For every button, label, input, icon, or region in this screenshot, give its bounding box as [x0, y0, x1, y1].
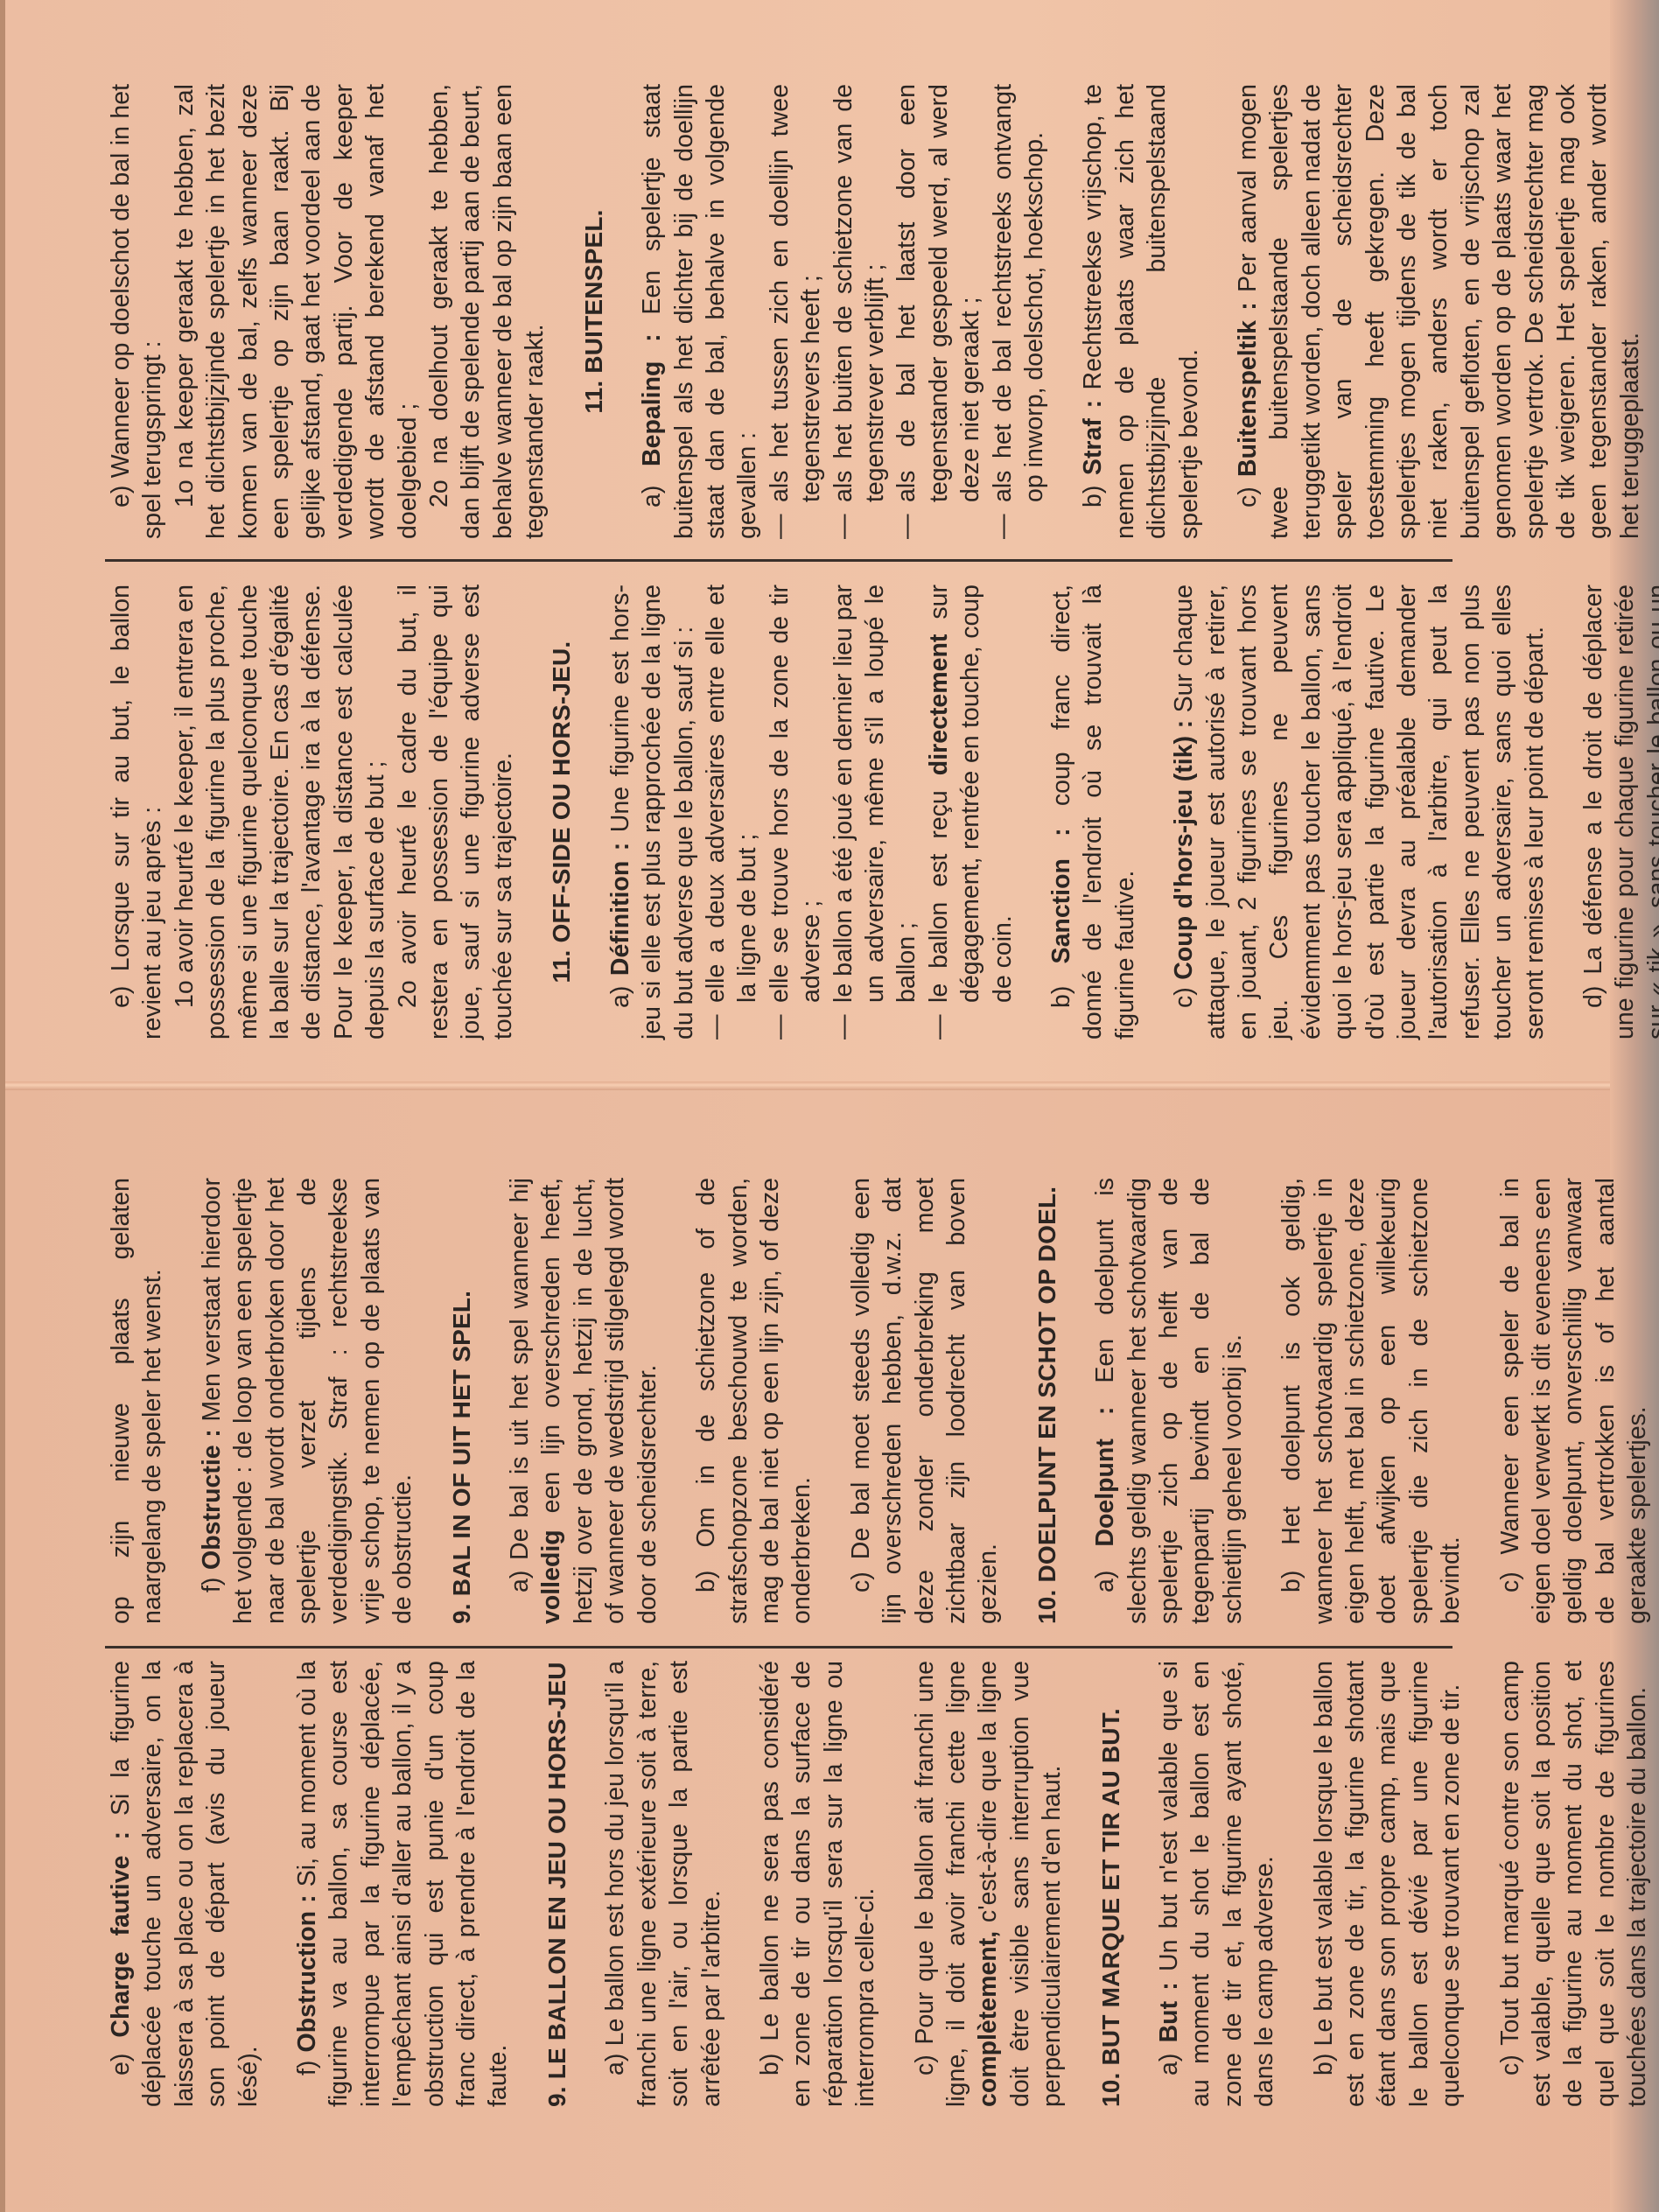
- paragraph-9b-nl: b) Om in de schietzone of de strafschopz…: [690, 1178, 818, 1624]
- page-top-edge: [0, 0, 5, 2212]
- paragraph-10c-nl: c) Wanneer een speler de bal in eigen do…: [1494, 1178, 1654, 1624]
- list-item: als het tussen zich en doellijn twee teg…: [764, 84, 828, 539]
- section-heading-9-nl: 9. BAL IN OF UIT HET SPEL.: [446, 1178, 478, 1624]
- list-item: elle se trouve hors de la zone de tir ad…: [764, 584, 828, 1039]
- paragraph-11c-fr: c) Coup d'hors-jeu (tik) : Sur chaque at…: [1168, 584, 1550, 1039]
- paragraph-9c-nl: c) De bal moet steeds volledig een lijn …: [845, 1178, 1004, 1624]
- page-gutter: [0, 1081, 1659, 1090]
- section-heading-10-fr: 10. BUT MARQUE ET TIR AU BUT.: [1095, 1661, 1127, 2107]
- paragraph-e-intro-nl: e) Wanneer op doelschot de bal in het sp…: [105, 84, 169, 539]
- paragraph-11b-fr: b) Sanction : coup franc direct, donné d…: [1046, 584, 1141, 1039]
- paragraph-charge-fautive: e) Charge fautive : Si la figurine dépla…: [105, 1661, 264, 2107]
- paragraph-10a-nl: a) Doelpunt : Een doelpunt is slechts ge…: [1089, 1178, 1249, 1624]
- right-page-french-column: e) Lorsque sur tir au but, le ballon rev…: [105, 584, 1487, 1039]
- column-divider-right-page: [105, 559, 1452, 562]
- list-item: elle a deux adversaires entre elle et la…: [700, 584, 764, 1039]
- paragraph-9a-nl: a) De bal is uit het spel wanneer hij vo…: [504, 1178, 663, 1624]
- left-page-dutch-column: op zijn nieuwe plaats gelaten naargelang…: [105, 1178, 1487, 1624]
- list-item: als het buiten de schietzone van de tege…: [828, 84, 892, 539]
- list-item: le ballon a été joué en dernier lieu par…: [828, 584, 923, 1039]
- paragraph-11b-nl: b) Straf : Rechtstreekse vrijschop, te n…: [1077, 84, 1205, 539]
- paragraph-e1-fr: 1o avoir heurté le keeper, il entrera en…: [169, 584, 392, 1039]
- list-item: le ballon est reçu directement sur dégag…: [923, 584, 1018, 1039]
- section-heading-10-nl: 10. DOELPUNT EN SCHOT OP DOEL.: [1032, 1178, 1063, 1624]
- offside-exceptions-list-fr: elle a deux adversaires entre elle et la…: [700, 584, 1018, 1039]
- right-page-dutch-column: e) Wanneer op doelschot de bal in het sp…: [105, 84, 1487, 539]
- paragraph-10b-fr: b) Le but est valable lorsque le ballon …: [1308, 1661, 1467, 2107]
- paragraph-obstruction: f) Obstruction : Si, au moment où la fig…: [291, 1661, 514, 2107]
- paragraph-11d-fr: d) La défense a le droit de déplacer une…: [1578, 584, 1659, 1039]
- paragraph-10a-fr: a) But : Un but n'est valable que si au …: [1153, 1661, 1281, 2107]
- paragraph-e2-fr: 2o avoir heurté le cadre du but, il rest…: [392, 584, 520, 1039]
- paragraph-11a-nl: a) Bepaling : Een spelertje staat buiten…: [636, 84, 764, 539]
- section-heading-11-nl: 11. BUITENSPEL.: [578, 84, 610, 539]
- paragraph-continued-nl: op zijn nieuwe plaats gelaten naargelang…: [105, 1178, 169, 1624]
- list-item: als de bal het laatst door een tegenstan…: [891, 84, 986, 539]
- paragraph-9a-fr: a) Le ballon est hors du jeu lorsqu'il a…: [599, 1661, 727, 2107]
- paragraph-e-intro-fr: e) Lorsque sur tir au but, le ballon rev…: [105, 584, 169, 1039]
- paragraph-e1-nl: 1o na keeper geraakt te hebben, zal het …: [169, 84, 423, 539]
- paragraph-11c-nl: c) Buitenspeltik : Per aanval mogen twee…: [1232, 84, 1646, 539]
- paragraph-10b-nl: b) Het doelpunt is ook geldig, wanneer h…: [1276, 1178, 1466, 1624]
- section-heading-9-fr: 9. LE BALLON EN JEU OU HORS-JEU: [542, 1661, 573, 2107]
- left-page-french-column: e) Charge fautive : Si la figurine dépla…: [105, 1661, 1487, 2107]
- booklet-spread: e) Charge fautive : Si la figurine dépla…: [0, 0, 1659, 2212]
- buitenspel-exceptions-list-nl: als het tussen zich en doellijn twee teg…: [764, 84, 1051, 539]
- section-heading-11-fr: 11. OFF-SIDE OU HORS-JEU.: [546, 584, 577, 1039]
- paragraph-obstructie: f) Obstructie : Men verstaat hierdoor he…: [196, 1178, 419, 1624]
- paragraph-9b-fr: b) Le ballon ne sera pas considéré en zo…: [754, 1661, 882, 2107]
- column-divider-left-page: [105, 1646, 1452, 1648]
- paragraph-10c-fr: c) Tout but marqué contre son camp est v…: [1494, 1661, 1654, 2107]
- paragraph-11a-fr: a) Définition : Une figurine est hors-je…: [605, 584, 700, 1039]
- paragraph-9c-fr: c) Pour que le ballon ait franchi une li…: [909, 1661, 1068, 2107]
- paragraph-e2-nl: 2o na doelhout geraakt te hebben, dan bl…: [423, 84, 551, 539]
- list-item: als het de bal rechtstreeks ontvangt op …: [987, 84, 1051, 539]
